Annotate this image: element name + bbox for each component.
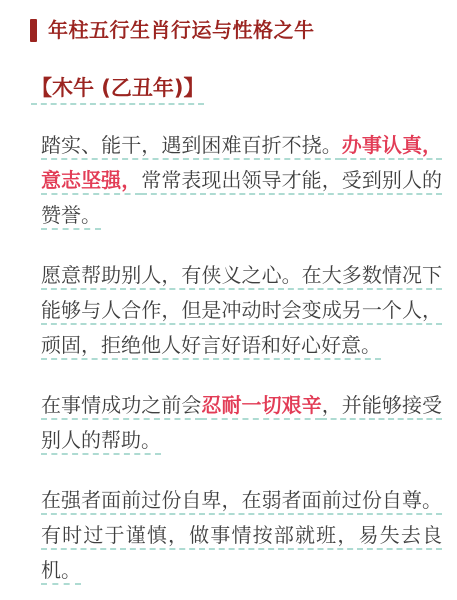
title-accent-bar: [30, 19, 37, 42]
paragraph: 在事情成功之前会忍耐一切艰辛，并能够接受别人的帮助。: [41, 388, 442, 458]
body-text: 在强者面前过份自卑，在弱者面前过份自尊。有时过于谨慎，做事情按部就班，易失去良机…: [41, 488, 442, 582]
highlighted-phrase: 忍耐一切艰辛: [201, 393, 321, 417]
body-text: 踏实、能干，遇到困难百折不挠。: [41, 133, 342, 157]
page-title: 年柱五行生肖行运与性格之牛: [48, 16, 315, 44]
article-header: 年柱五行生肖行运与性格之牛: [30, 16, 441, 44]
article-body: 踏实、能干，遇到困难百折不挠。办事认真，意志坚强，常常表现出领导才能，受到别人的…: [41, 128, 442, 588]
section-heading: 【木牛 (乙丑年)】: [31, 74, 205, 102]
body-text: 在事情成功之前会: [41, 393, 201, 417]
body-text: 愿意帮助别人，有侠义之心。在大多数情况下能够与人合作，但是冲动时会变成另一个人，…: [41, 263, 442, 357]
paragraph: 在强者面前过份自卑，在弱者面前过份自尊。有时过于谨慎，做事情按部就班，易失去良机…: [41, 483, 442, 588]
paragraph: 愿意帮助别人，有侠义之心。在大多数情况下能够与人合作，但是冲动时会变成另一个人，…: [41, 258, 442, 363]
paragraph: 踏实、能干，遇到困难百折不挠。办事认真，意志坚强，常常表现出领导才能，受到别人的…: [41, 128, 442, 233]
article-page: 年柱五行生肖行运与性格之牛 【木牛 (乙丑年)】 踏实、能干，遇到困难百折不挠。…: [0, 0, 457, 588]
